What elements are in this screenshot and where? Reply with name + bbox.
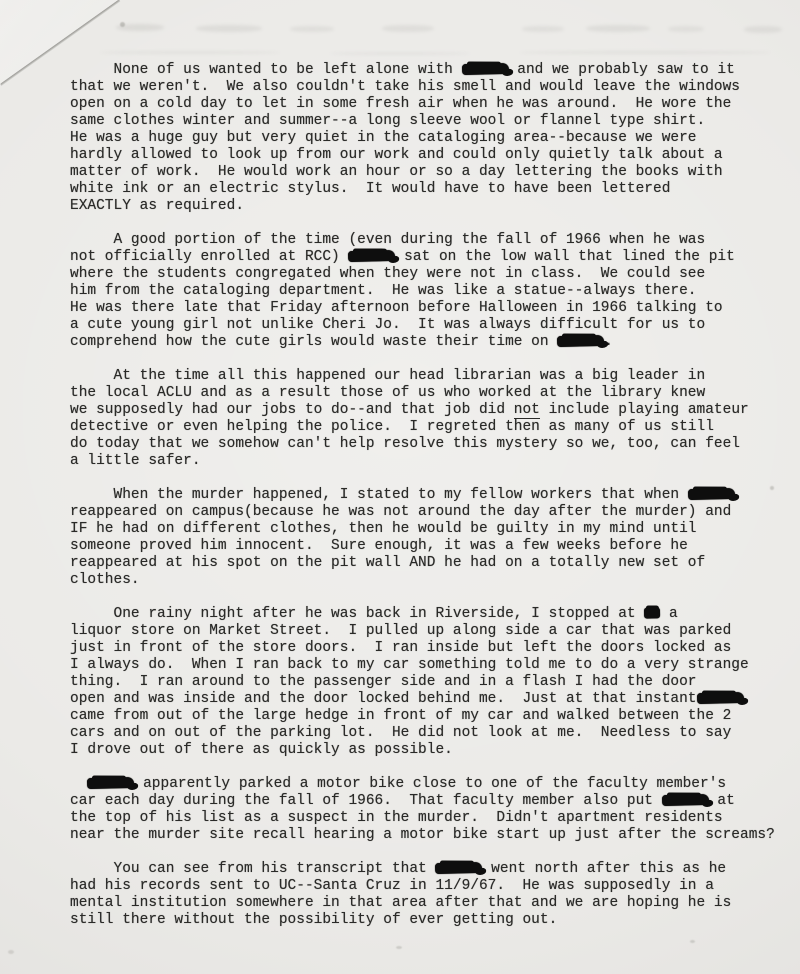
text-line: hardly allowed to look up from our work …: [70, 147, 770, 164]
scan-smudge: [100, 51, 280, 54]
text-line: apparently parked a motor bike close to …: [70, 776, 770, 793]
text-line: At the time all this happened our head l…: [70, 368, 770, 385]
text-line: we supposedly had our jobs to do--and th…: [70, 402, 770, 419]
underlined-word: not: [514, 402, 540, 419]
scan-smudge: [744, 26, 782, 33]
text-line: same clothes winter and summer--a long s…: [70, 113, 770, 130]
text-line: came from out of the large hedge in fron…: [70, 708, 770, 725]
scan-speck: [8, 950, 14, 954]
scan-smudge: [522, 26, 564, 32]
text-line: I drove out of there as quickly as possi…: [70, 742, 770, 759]
redaction-mark: [557, 335, 604, 347]
text-line: thing. I ran around to the passenger sid…: [70, 674, 770, 691]
text-line: a cute young girl not unlike Cheri Jo. I…: [70, 317, 770, 334]
redaction-mark: [696, 692, 743, 704]
text-line: mental institution somewhere in that are…: [70, 895, 770, 912]
paragraph: None of us wanted to be left alone with …: [70, 62, 770, 215]
scan-speck: [770, 486, 774, 490]
redaction-mark: [435, 862, 482, 874]
scan-smudge: [290, 26, 334, 32]
scan-speck: [120, 22, 125, 27]
redaction-mark: [461, 63, 508, 75]
text-line: near the murder site recall hearing a mo…: [70, 827, 770, 844]
paragraph: One rainy night after he was back in Riv…: [70, 606, 770, 759]
text-line: A good portion of the time (even during …: [70, 232, 770, 249]
text-line: IF he had on different clothes, then he …: [70, 521, 770, 538]
redaction-mark: [644, 607, 660, 618]
paragraph: You can see from his transcript that wen…: [70, 861, 770, 929]
scan-smudge: [668, 26, 704, 32]
text-line: He was there late that Friday afternoon …: [70, 300, 770, 317]
text-line: comprehend how the cute girls would wast…: [70, 334, 770, 351]
paragraph: When the murder happened, I stated to my…: [70, 487, 770, 589]
text-line: someone proved him innocent. Sure enough…: [70, 538, 770, 555]
text-line: the local ACLU and as a result those of …: [70, 385, 770, 402]
text-line: matter of work. He would work an hour or…: [70, 164, 770, 181]
text-line: just in front of the store doors. I ran …: [70, 640, 770, 657]
paragraph: apparently parked a motor bike close to …: [70, 776, 770, 844]
text-line: reappeared at his spot on the pit wall A…: [70, 555, 770, 572]
text-line: that we weren't. We also couldn't take h…: [70, 79, 770, 96]
text-line: I always do. When I ran back to my car s…: [70, 657, 770, 674]
text-line: He was a huge guy but very quiet in the …: [70, 130, 770, 147]
redaction-mark: [348, 250, 395, 262]
text-line: him from the cataloging department. He w…: [70, 283, 770, 300]
text-line: white ink or an electric stylus. It woul…: [70, 181, 770, 198]
redaction-mark: [688, 488, 735, 500]
text-line: open on a cold day to let in some fresh …: [70, 96, 770, 113]
scan-smudge: [196, 25, 262, 32]
redaction-mark: [662, 794, 709, 806]
scan-speck: [396, 946, 402, 949]
text-line: When the murder happened, I stated to my…: [70, 487, 770, 504]
scan-speck: [690, 940, 695, 943]
text-line: where the students congregated when they…: [70, 266, 770, 283]
text-line: One rainy night after he was back in Riv…: [70, 606, 770, 623]
scan-smudge: [520, 51, 770, 54]
redaction-mark: [87, 777, 134, 789]
text-line: detective or even helping the police. I …: [70, 419, 770, 436]
scan-smudge: [382, 25, 434, 32]
paragraph: A good portion of the time (even during …: [70, 232, 770, 351]
text-line: You can see from his transcript that wen…: [70, 861, 770, 878]
paragraph: At the time all this happened our head l…: [70, 368, 770, 470]
text-block: None of us wanted to be left alone with …: [70, 62, 770, 929]
text-line: had his records sent to UC--Santa Cruz i…: [70, 878, 770, 895]
document-page: None of us wanted to be left alone with …: [0, 0, 800, 974]
text-line: not officially enrolled at RCC) sat on t…: [70, 249, 770, 266]
text-line: the top of his list as a suspect in the …: [70, 810, 770, 827]
text-line: clothes.: [70, 572, 770, 589]
text-line: cars and on out of the parking lot. He d…: [70, 725, 770, 742]
text-line: reappeared on campus(because he was not …: [70, 504, 770, 521]
scan-smudge: [330, 52, 470, 55]
text-line: liquor store on Market Street. I pulled …: [70, 623, 770, 640]
text-line: open and was inside and the door locked …: [70, 691, 770, 708]
text-line: still there without the possibility of e…: [70, 912, 770, 929]
scan-smudge: [116, 24, 164, 31]
text-line: do today that we somehow can't help reso…: [70, 436, 770, 453]
text-line: EXACTLY as required.: [70, 198, 770, 215]
text-line: a little safer.: [70, 453, 770, 470]
scan-smudge: [586, 25, 650, 32]
text-line: None of us wanted to be left alone with …: [70, 62, 770, 79]
text-line: car each day during the fall of 1966. Th…: [70, 793, 770, 810]
